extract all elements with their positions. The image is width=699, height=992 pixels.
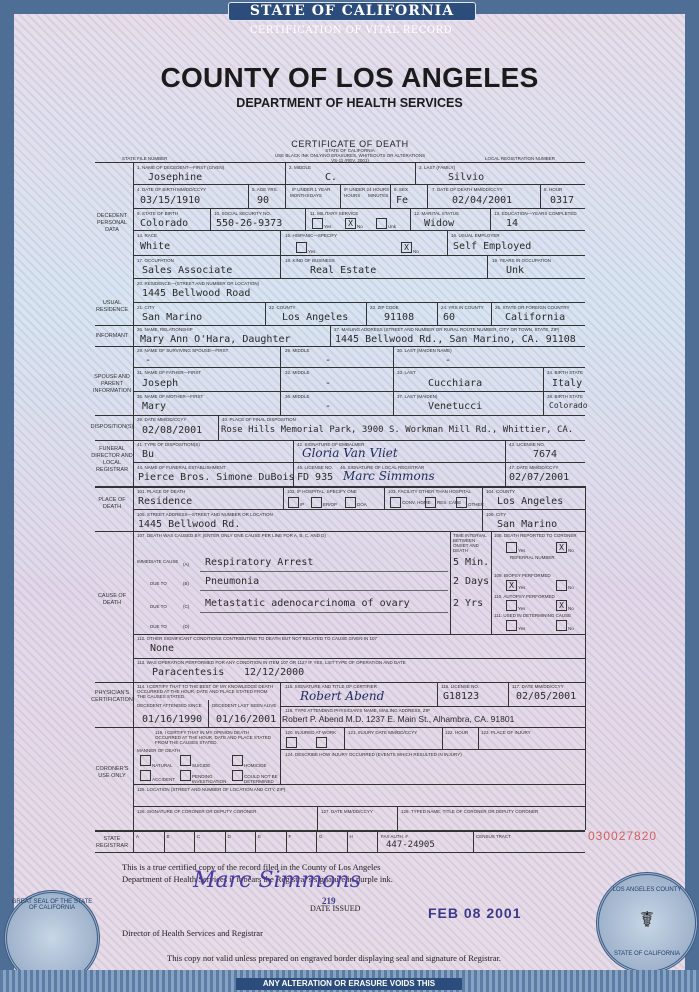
cause-a: Respiratory Arrest [205,557,313,568]
yrs-county: 60 [443,312,455,323]
disposition-type: Bu [142,449,154,460]
other-conditions-label: 112. OTHER SIGNIFICANT CONDITIONS CONTRI… [137,636,377,641]
cause-b: Pneumonia [205,576,259,587]
ip-checkbox[interactable] [288,497,299,508]
injury-location-label: 125. LOCATION (STREET AND NUMBER OF LOCA… [137,787,285,792]
date-issued: FEB 08 2001 [428,905,522,921]
death-county: Los Angeles [497,496,563,507]
disposition-date-label: 39. DATE MM/DD/CCYY [137,417,186,422]
military-yes-label: Yes [324,224,331,229]
pending-label: PENDING INVESTIGATION [192,774,228,784]
registrar-date: 02/07/2001 [509,472,569,483]
homicide-label: HOMICIDE [244,763,267,768]
mother-birth: Colorado [549,401,588,410]
hour-label: 8. HOUR [544,187,562,192]
natural-label: NATURAL [152,763,173,768]
due-to-d-label: DUE TO [150,624,167,629]
accident-checkbox[interactable] [140,770,151,781]
seal-left-text: GREAT SEAL OF THE STATE OF CALIFORNIA [7,899,97,911]
attended-since-label: DECEDENT ATTENDED SINCE [137,703,202,708]
residence-county: Los Angeles [282,312,348,323]
death-county-label: 104. COUNTY [486,489,515,494]
under-1-year-label: IF UNDER 1 YEAR [292,187,330,192]
registrar-title: Director of Health Services and Registra… [122,928,263,938]
used-yes-checkbox[interactable] [506,620,517,631]
res-care-checkbox[interactable] [425,497,436,508]
occupation-label: 17. OCCUPATION [137,258,174,263]
employer: Self Employed [453,241,531,252]
injured-no-checkbox[interactable] [316,737,327,748]
days-label: DAYS [310,193,322,198]
residence-county-label: 22. COUNTY [269,305,296,310]
ssn-label: 10. SOCIAL SECURITY NO. [214,211,271,216]
injured-yes-checkbox[interactable] [286,737,297,748]
section-informant: INFORMANT [90,333,134,340]
physician-name-label: 118. TYPE ATTENDING PHYSICIAN'S NAME, MA… [285,708,430,713]
hispanic-yes-label: Yes [308,249,315,254]
spouse-middle-label: 29. MIDDLE [285,348,310,353]
reported-coroner-label: 108. DEATH REPORTED TO CORONER [494,533,577,538]
department-title: DEPARTMENT OF HEALTH SERVICES [0,96,699,110]
residence-street-label: 20. RESIDENCE—(STREET AND NUMBER OR LOCA… [137,281,259,286]
years-occupation: Unk [506,265,524,276]
disposition-place-label: 40. PLACE OF FINAL DISPOSITION [222,417,296,422]
mother-first-label: 35. NAME OF MOTHER—FIRST [137,394,203,399]
funeral-establishment-label: 44. NAME OF FUNERAL ESTABLISHMENT [137,465,226,470]
military-no-checkbox[interactable]: X [345,218,356,229]
coroner-date-label: 127. DATE MM/DD/CCYY [321,809,373,814]
last-seen-label: DECEDENT LAST SEEN ALIVE [212,703,276,708]
referral-number-label: REFERRAL NUMBER [510,555,555,560]
injured-at-work-label: 120. INJURED AT WORK [285,730,336,735]
father-middle-label: 32. MIDDLE [285,370,310,375]
cause-b-interval: 2 Days [453,576,489,587]
pending-checkbox[interactable] [180,770,191,781]
ip-label: IP [300,502,304,507]
cause-header-label: 107. DEATH WAS CAUSED BY: (ENTER ONLY ON… [137,533,326,538]
section-spouse-parent: SPOUSE AND PARENT INFORMATION [90,374,134,395]
sex-label: 6. SEX [394,187,408,192]
registrar-cell-b: B [167,834,170,839]
hispanic-no-label: No [413,249,419,254]
used-in-cause-label: 111. USED IN DETERMINING CAUSE [494,613,571,618]
registrar-cell-g: G [319,834,323,839]
age: 90 [257,195,269,206]
injury-hour-label: 122. HOUR [445,730,468,735]
birth-state: Colorado [140,218,188,229]
stamp-number: 219 [322,896,336,906]
undetermined-checkbox[interactable] [232,770,243,781]
attended-since: 01/16/1990 [142,714,202,725]
years-occupation-label: 19. YEARS IN OCCUPATION [492,258,551,263]
hours-label: HOURS [344,193,360,198]
mother-birth-label: 38. BIRTH STATE [547,394,583,399]
sex: Fe [396,195,408,206]
age-label: 5. AGE YRS. [252,187,278,192]
doa-label: DOA [357,502,367,507]
physician-date: 02/05/2001 [516,691,576,702]
coroner-no-label: No [568,548,574,553]
section-decedent: DECEDENT PERSONAL DATA [90,213,134,234]
business: Real Estate [310,265,376,276]
disposition-date: 02/08/2001 [142,425,202,436]
place-of-injury-label: 123. PLACE OF INJURY [481,730,531,735]
registrar-date-label: 47. DATE MM/DD/CCYY [509,465,558,470]
natural-checkbox[interactable] [140,755,151,766]
minutes-label: MINUTES [368,193,388,198]
registrar-cell-a: A [136,834,139,839]
mother-last: Venetucci [428,401,482,412]
spouse-last-label: 30. LAST (MAIDEN NAME) [397,348,452,353]
dod: 02/04/2001 [452,195,512,206]
employer-label: 16. USUAL EMPLOYER [451,233,500,238]
hispanic-yes-checkbox[interactable] [296,242,307,253]
section-place-of-death: PLACE OF DEATH [90,497,134,511]
months-label: MONTHS [290,193,310,198]
county-title: COUNTY OF LOS ANGELES [0,62,699,94]
last-name: Silvio [448,172,484,183]
registrar-signature: Marc Simmons [193,868,361,893]
cause-d-letter: (D) [183,624,189,629]
cause-c: Metastatic adenocarcinoma of ovary [205,598,410,609]
embalmer-license: 7674 [533,449,557,460]
military-unk-label: Unk [388,224,396,229]
biopsy-no-checkbox[interactable] [556,580,567,591]
used-yes-label: Yes [518,626,525,631]
doa-checkbox[interactable] [345,497,356,508]
autopsy-label: 110. AUTOPSY PERFORMED [494,594,555,599]
facility-other-label: 103. FACILITY OTHER THAN HOSPITAL [388,489,471,494]
section-physician: PHYSICIAN'S CERTIFICATION [90,690,134,704]
race: White [140,241,170,252]
registrar-cell-d: D [228,834,231,839]
physician-date-label: 117. DATE MM/DD/CCYY [512,684,564,689]
coroner-yes-label: Yes [518,548,525,553]
mother-last-label: 37. LAST (MAIDEN) [397,394,437,399]
suicide-checkbox[interactable] [180,755,191,766]
injury-date-label: 121. INJURY DATE MM/DD/CCYY [348,730,417,735]
section-coroner: CORONER'S USE ONLY [90,766,134,780]
funeral-license-label: 45. LICENSE NO. [297,465,333,470]
physician-name-address: Robert P. Abend M.D. 1237 E. Main St., A… [282,714,514,724]
due-to-b-label: DUE TO [150,581,167,586]
informant-name: Mary Ann O'Hara, Daughter [140,334,291,345]
fax-auth-number: 447-24905 [386,840,435,850]
military-no-label: No [357,224,363,229]
section-funeral: FUNERAL DIRECTOR AND LOCAL REGISTRAR [90,446,134,474]
embalmer-license-label: 43. LICENSE NO. [509,442,545,447]
fax-auth-label: FAX AUTH. # [381,834,408,839]
physician-license: G18123 [443,691,479,702]
spouse-middle: - [325,355,331,366]
biopsy-yes-checkbox[interactable]: X [506,580,517,591]
section-disposition: DISPOSITION(S) [90,424,134,431]
hispanic-no-checkbox[interactable]: X [401,242,412,253]
used-no-checkbox[interactable] [556,620,567,631]
used-no-label: No [568,626,574,631]
father-first-label: 31. NAME OF FATHER—FIRST [137,370,201,375]
biopsy-label: 109. BIOPSY PERFORMED [494,573,551,578]
los-angeles-county-seal: LOS ANGELES COUNTY ☤ STATE OF CALIFORNIA [596,872,698,974]
operation-label: 113. WAS OPERATION PERFORMED FOR ANY CON… [137,660,406,665]
biopsy-yes-label: Yes [518,585,525,590]
autopsy-yes-label: Yes [518,606,525,611]
first-name-label: 1. NAME OF DECEDENT—FIRST (GIVEN) [137,165,224,170]
residence-city: San Marino [142,312,202,323]
disposition-place: Rose Hills Memorial Park, 3900 S. Workma… [221,425,573,435]
erop-checkbox[interactable] [311,497,322,508]
state-file-number-label: STATE FILE NUMBER [122,156,167,161]
business-label: 18. KIND OF BUSINESS [285,258,335,263]
father-birth-label: 34. BIRTH STATE [547,370,583,375]
hispanic-label: 15. HISPANIC—SPECIFY [285,233,337,238]
informant-address: 1445 Bellwood Rd., San Marino, CA. 91108 [335,334,576,345]
physician-certify-label: 114. I CERTIFY THAT TO THE BEST OF MY KN… [137,684,277,699]
local-registration-label: LOCAL REGISTRATION NUMBER [485,156,555,161]
spouse-first-label: 28. NAME OF SURVIVING SPOUSE—FIRST [137,348,228,353]
cause-b-letter: (B) [183,581,189,586]
race-label: 14. RACE [137,233,157,238]
residence-street: 1445 Bellwood Road [142,288,250,299]
place-of-death-label: 101. PLACE OF DEATH [137,489,185,494]
registrar-cell-c: C [197,834,200,839]
conv-home-checkbox[interactable] [390,497,401,508]
last-name-label: 3. LAST (FAMILY) [419,165,455,170]
injury-description-label: 124. DESCRIBE HOW INJURY OCCURRED (EVENT… [285,752,462,757]
coroner-name-label: 128. TYPED NAME, TITLE OF CORONER OR DEP… [401,809,538,814]
death-city: San Marino [497,519,557,530]
father-last-label: 33. LAST [397,370,416,375]
mother-first: Mary [142,401,166,412]
cause-a-letter: (A) [183,562,189,567]
father-birth: Italy [552,378,582,389]
dod-label: 7. DATE OF DEATH MM/DD/CCYY [432,187,503,192]
marital-status: Widow [424,218,454,229]
erop-label: ER/OP [323,502,337,507]
homicide-checkbox[interactable] [232,755,243,766]
mother-middle: - [325,401,331,412]
immediate-cause-label: IMMEDIATE CAUSE [137,559,178,564]
father-middle: - [325,378,331,389]
first-name: Josephine [148,172,202,183]
cause-a-interval: 5 Min. [453,557,489,568]
informant-address-label: 27. MAILING ADDRESS (STREET AND NUMBER O… [334,327,559,332]
military-label: 11. MILITARY SERVICE [310,211,358,216]
residence-state-label: 25. STATE OR FOREIGN COUNTRY [495,305,570,310]
registrar-cell-e: E [258,834,261,839]
suicide-label: SUICIDE [192,763,210,768]
interval-label: TIME INTERVAL BETWEEN ONSET AND DEATH [453,533,488,553]
middle-name-label: 2. MIDDLE [289,165,311,170]
coroner-signature-label: 126. SIGNATURE OF CORONER OR DEPUTY CORO… [137,809,256,814]
father-last: Cucchiara [428,378,482,389]
disposition-type-label: 41. TYPE OF DISPOSITION(S) [137,442,200,447]
census-tract-label: CENSUS TRACT [476,834,511,839]
section-state-registrar: STATE REGISTRAR [90,836,134,850]
occupation: Sales Associate [142,265,232,276]
control-number: 030027820 [588,829,657,843]
last-seen: 01/16/2001 [216,714,276,725]
certification-banner: CERTIFICATION OF VITAL RECORD [236,24,466,38]
informant-name-label: 26. NAME, RELATIONSHIP [137,327,193,332]
death-street: 1445 Bellwood Rd. [138,519,240,530]
dob: 03/15/1910 [140,195,200,206]
death-city-label: 106. CITY [486,512,506,517]
cause-c-letter: (C) [183,604,189,609]
education: 14 [506,218,518,229]
seal-right-bottom-text: STATE OF CALIFORNIA [599,951,695,957]
other-facility-checkbox[interactable] [456,497,467,508]
residence-state: California [505,312,565,323]
manner-of-death-label: MANNER OF DEATH [137,748,180,753]
dob-label: 4. DATE OF BIRTH MM/DD/CCYY [137,187,206,192]
funeral-establishment: Pierce Bros. Simone DuBois [138,472,295,483]
void-notice: ANY ALTERATION OR ERASURE VOIDS THIS CER… [236,978,462,990]
hour: 0317 [550,195,574,206]
accident-label: ACCIDENT [152,777,175,782]
coroner-no-checkbox[interactable]: X [556,542,567,553]
mother-middle-label: 36. MIDDLE [285,394,310,399]
birth-state-label: 9. STATE OF BIRTH [137,211,178,216]
other-conditions: None [150,643,174,654]
operation: Paracentesis [152,667,224,678]
form-subtitle: STATE OF CALIFORNIA USE BLACK INK ONLY/N… [200,148,500,163]
operation-date: 12/12/2000 [244,667,304,678]
local-registrar-signature-label: 46. SIGNATURE OF LOCAL REGISTRAR [340,465,424,470]
certifier-signature: Robert Abend [300,689,384,703]
registrar-cell-f: F [289,834,292,839]
residence-zip: 91108 [384,312,414,323]
undetermined-label: COULD NOT BE DETERMINED [244,774,280,784]
section-cause-of-death: CAUSE OF DEATH [90,593,134,607]
education-label: 13. EDUCATION—YEARS COMPLETED [494,211,577,216]
state-banner: STATE OF CALIFORNIA [228,2,476,21]
yrs-county-label: 24. YRS IN COUNTY [441,305,484,310]
coroner-certify-label: 119. I CERTIFY THAT IN MY OPINION DEATH … [155,730,275,745]
ssn: 550-26-9373 [216,218,282,229]
autopsy-no-label: No [568,606,574,611]
physician-license-label: 116. LICENSE NO. [441,684,479,689]
death-street-label: 105. STREET ADDRESS—STREET AND NUMBER OR… [137,512,273,517]
autopsy-no-checkbox[interactable]: X [556,600,567,611]
spouse-last: - [445,355,451,366]
section-residence: USUAL RESIDENCE [90,300,134,314]
funeral-license: FD 935 [297,472,333,483]
spouse-first: - [145,355,151,366]
local-registrar-signature: Marc Simmons [343,469,435,483]
military-yes-checkbox[interactable] [312,218,323,229]
biopsy-no-label: No [568,585,574,590]
seal-right-top-text: LOS ANGELES COUNTY [599,887,695,893]
middle-name: C. [325,172,337,183]
registrar-cell-h: H [350,834,353,839]
caduceus-icon: ☤ [599,907,695,933]
due-to-c-label: DUE TO [150,604,167,609]
hospital-specify-label: 102. IF HOSPITAL, SPECIFY ONE [287,489,357,494]
place-of-death: Residence [138,496,192,507]
not-valid-notice: This copy not valid unless prepared on e… [167,953,501,963]
cause-c-interval: 2 Yrs [453,598,483,609]
residence-city-label: 21. CITY [137,305,155,310]
under-24-hours-label: IF UNDER 24 HOURS [344,187,389,192]
autopsy-yes-checkbox[interactable] [506,600,517,611]
marital-label: 12. MARITAL STATUS [414,211,459,216]
embalmer-signature: Gloria Van Vliet [302,446,398,460]
military-unk-checkbox[interactable] [376,218,387,229]
father-first: Joseph [142,378,178,389]
coroner-yes-checkbox[interactable] [506,542,517,553]
residence-zip-label: 23. ZIP CODE [370,305,399,310]
